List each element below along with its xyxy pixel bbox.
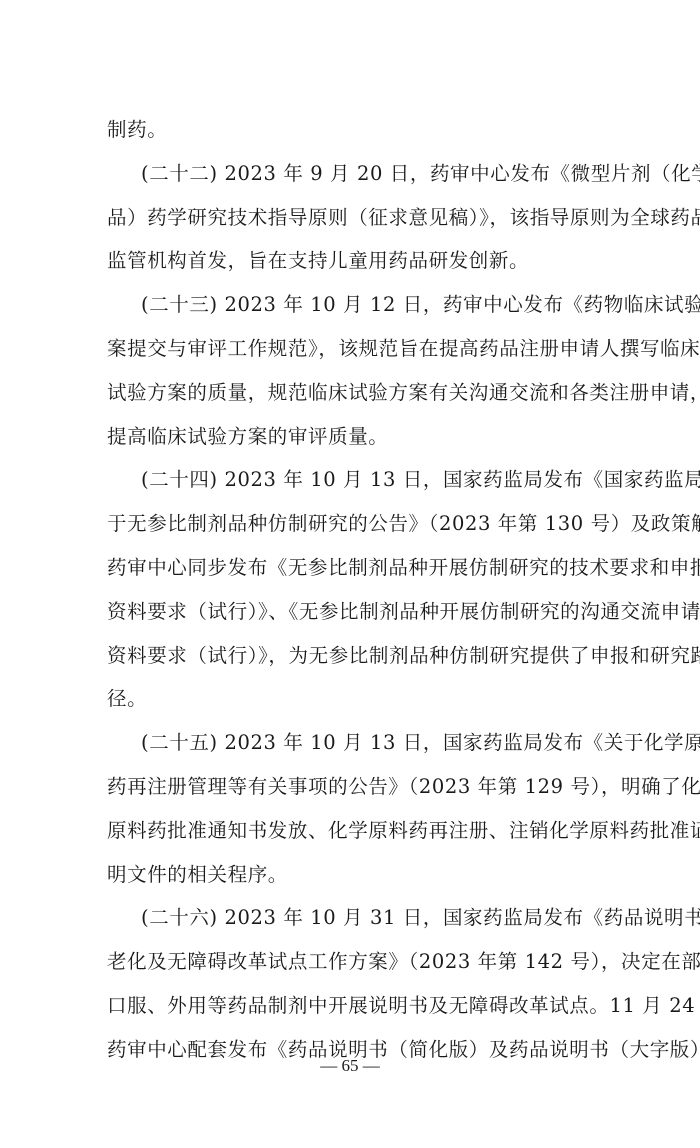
text-line: 试验方案的质量，规范临床试验方案有关沟通交流和各类注册申请， bbox=[107, 371, 595, 415]
text-line: 资料要求（试行）》，为无参比制剂品种仿制研究提供了申报和研究路 bbox=[107, 634, 595, 678]
text-line: 品）药学研究技术指导原则（征求意见稿）》，该指导原则为全球药品 bbox=[107, 196, 595, 240]
text-line: 药审中心同步发布《无参比制剂品种开展仿制研究的技术要求和申报 bbox=[107, 546, 595, 590]
paragraph-continuation: 制药。 bbox=[107, 108, 595, 152]
text-line: 明文件的相关程序。 bbox=[107, 853, 595, 897]
text-line: (二十三) 2023 年 10 月 12 日，药审中心发布《药物临床试验方 bbox=[107, 283, 595, 327]
text-line: (二十五) 2023 年 10 月 13 日，国家药监局发布《关于化学原料 bbox=[107, 721, 595, 765]
paragraph-item-26: (二十六) 2023 年 10 月 31 日，国家药监局发布《药品说明书适 老化… bbox=[107, 896, 595, 1071]
text-line: 提高临床试验方案的审评质量。 bbox=[107, 415, 595, 459]
text-line: 制药。 bbox=[107, 108, 595, 152]
text-line: 径。 bbox=[107, 677, 595, 721]
text-line: 监管机构首发，旨在支持儿童用药品研发创新。 bbox=[107, 239, 595, 283]
page-number: — 65 — bbox=[0, 1056, 700, 1076]
text-line: (二十四) 2023 年 10 月 13 日，国家药监局发布《国家药监局关 bbox=[107, 458, 595, 502]
text-line: 案提交与审评工作规范》，该规范旨在提高药品注册申请人撰写临床 bbox=[107, 327, 595, 371]
text-line: 药再注册管理等有关事项的公告》（2023 年第 129 号），明确了化学 bbox=[107, 765, 595, 809]
text-line: 老化及无障碍改革试点工作方案》（2023 年第 142 号），决定在部分 bbox=[107, 940, 595, 984]
paragraph-item-25: (二十五) 2023 年 10 月 13 日，国家药监局发布《关于化学原料 药再… bbox=[107, 721, 595, 896]
text-line: 口服、外用等药品制剂中开展说明书及无障碍改革试点。11 月 24 日， bbox=[107, 984, 595, 1028]
text-line: 资料要求（试行）》、《无参比制剂品种开展仿制研究的沟通交流申请 bbox=[107, 590, 595, 634]
paragraph-item-23: (二十三) 2023 年 10 月 12 日，药审中心发布《药物临床试验方 案提… bbox=[107, 283, 595, 458]
document-body: 制药。 (二十二) 2023 年 9 月 20 日，药审中心发布《微型片剂（化学… bbox=[107, 108, 595, 1072]
text-line: (二十二) 2023 年 9 月 20 日，药审中心发布《微型片剂（化学药 bbox=[107, 152, 595, 196]
text-line: 于无参比制剂品种仿制研究的公告》（2023 年第 130 号）及政策解读， bbox=[107, 502, 595, 546]
paragraph-item-24: (二十四) 2023 年 10 月 13 日，国家药监局发布《国家药监局关 于无… bbox=[107, 458, 595, 721]
text-line: 原料药批准通知书发放、化学原料药再注册、注销化学原料药批准证 bbox=[107, 809, 595, 853]
text-line: (二十六) 2023 年 10 月 31 日，国家药监局发布《药品说明书适 bbox=[107, 896, 595, 940]
paragraph-item-22: (二十二) 2023 年 9 月 20 日，药审中心发布《微型片剂（化学药 品）… bbox=[107, 152, 595, 283]
